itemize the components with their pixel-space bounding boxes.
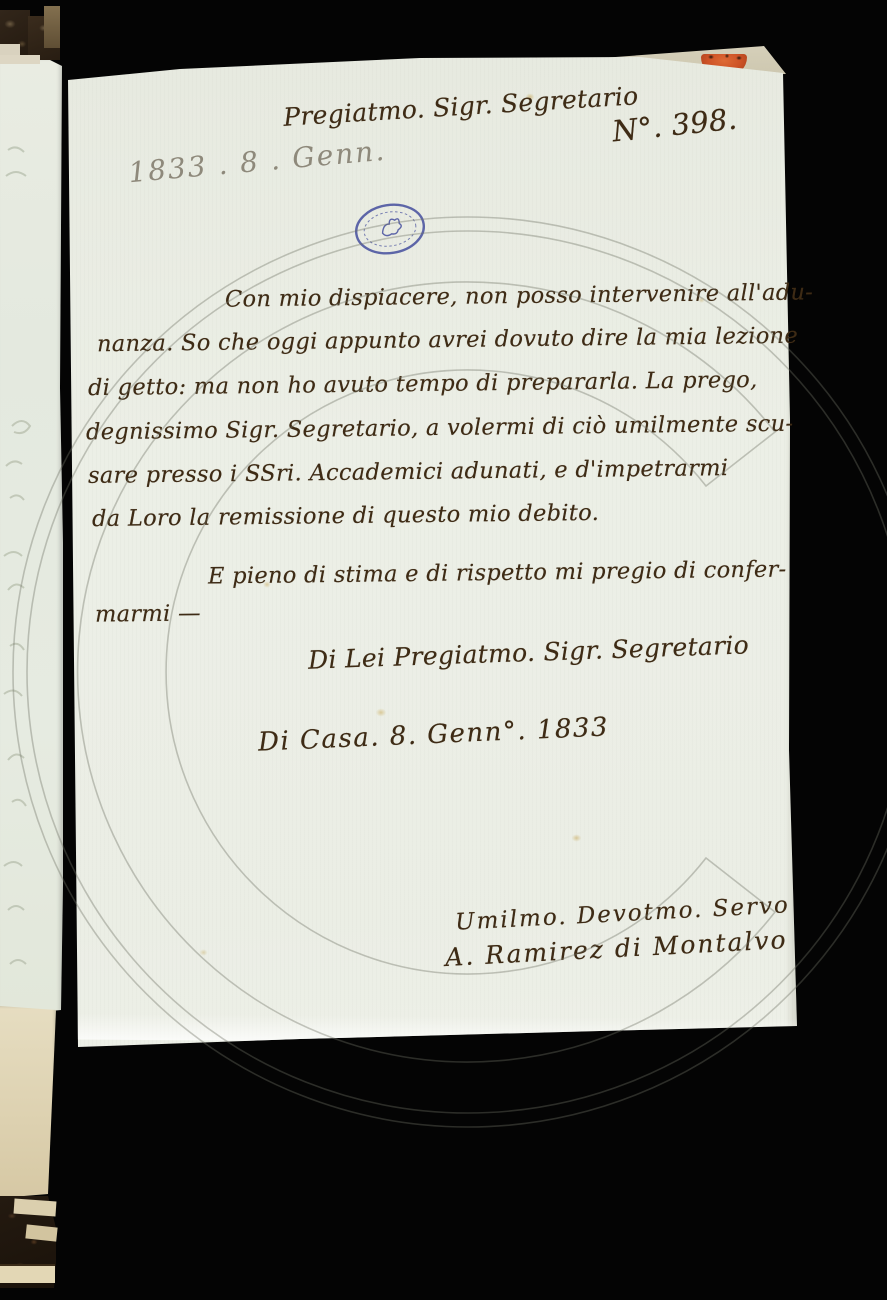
page-edge-step	[0, 1264, 55, 1283]
lower-page-edge	[0, 1006, 58, 1198]
bleed-through-ghost-writing	[0, 58, 63, 1016]
scanned-letter-photo: Pregiatmo. Sigr. Segretario N°. 398. 183…	[0, 0, 887, 1300]
page-edge-step	[14, 1199, 57, 1217]
foxing-spot	[570, 833, 583, 843]
body-line: marmi —	[95, 600, 201, 627]
previous-page-edge-strip	[0, 58, 63, 1016]
page-bottom-edge-highlight	[70, 1013, 800, 1044]
marbled-binding-fragment	[44, 6, 60, 48]
foxing-spot	[198, 948, 209, 957]
torn-paper-edge	[0, 55, 40, 64]
foxing-spot	[374, 707, 388, 718]
